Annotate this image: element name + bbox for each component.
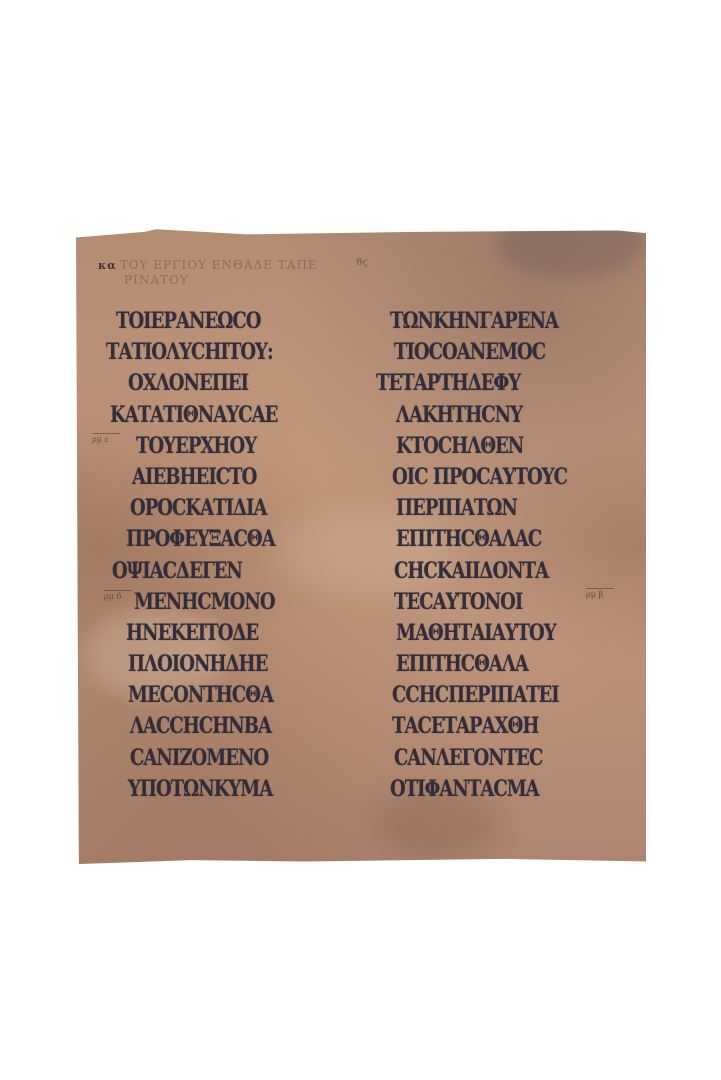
header-line-1: ΤΟΥ ΕΡΓΙΟΥ ΕΝΘΑΔΕ ΤΑΠΕ bbox=[120, 258, 318, 272]
text-line: ΤΟΥΕΡΧΗΟΥ bbox=[136, 431, 325, 462]
text-line: ΜΕCΟΝΤΗCΘΑ bbox=[128, 680, 323, 711]
text-line: ΟΤΙΦΑΝΤΑCΜΑ bbox=[390, 774, 592, 805]
text-line: ΗΝΕΚΕΙΤΟΔΕ bbox=[126, 618, 323, 649]
text-column-right: ΤΩΝΚΗΝΓΑΡΕΝΑ ΤΙΟCΟΑΝΕΜΟC ΤΕΤΑΡΤΗΔΕΦΥ ΛΑΚ… bbox=[366, 306, 636, 805]
text-line: ΤΕΤΑΡΤΗΔΕΦΥ bbox=[376, 368, 589, 399]
text-line: ΜΕΝΗCΜΟΝΟ bbox=[134, 587, 324, 618]
text-line: ΥΠΟΤΩΝΚΥΜΑ bbox=[128, 774, 323, 805]
text-line: ΟΡΟCΚΑΤΙΔΙΑ bbox=[130, 493, 324, 524]
manuscript-leaf: καΤΟΥ ΕΡΓΙΟΥ ΕΝΘΑΔΕ ΤΑΠΕ ΡΙΝΑΤΟΥ ϑϛ ρμ ε… bbox=[76, 228, 646, 864]
text-line: ΑΙΕΒΗΕΙCΤΟ bbox=[132, 462, 324, 493]
header-running-title: καΤΟΥ ΕΡΓΙΟΥ ΕΝΘΑΔΕ ΤΑΠΕ bbox=[98, 258, 318, 272]
text-line: ΠΛΟΙΟΝΗΔΗΕ bbox=[128, 649, 323, 680]
text-line: ΟΙC ΠΡΟCΑΥΤΟΥC bbox=[392, 462, 592, 493]
text-line: ΕΠΙΤΗCΘΑΛΑC bbox=[396, 524, 593, 555]
text-line: ΟΧΛΟΝΕΠΕΙ bbox=[128, 368, 323, 399]
text-line: ΠΡΟΦΕΥΞΑCΘΑ bbox=[126, 524, 323, 555]
text-line: ΛΑCCΗCΗΝΒΑ bbox=[130, 711, 324, 742]
header-mark: ϑϛ bbox=[356, 258, 367, 268]
text-line: ΚΑΤΑΤΙΘΝΑΥCΑΕ bbox=[110, 400, 320, 431]
text-line: CΗCΚΑΙΙΔΟΝΤΑ bbox=[394, 556, 592, 587]
text-line: ΤΑΤΙΟΛΥCΗΙΤΟΥ: bbox=[106, 337, 319, 368]
text-column-left: ΤΟΙΕΡΑΝΕΩCΟ ΤΑΤΙΟΛΥCΗΙΤΟΥ: ΟΧΛΟΝΕΠΕΙ ΚΑΤ… bbox=[116, 306, 366, 805]
text-line: ΤΑCΕΤΑΡΑΧΘΗ bbox=[392, 711, 592, 742]
text-line: CΑΝΛΕΓΟΝΤΕC bbox=[394, 743, 592, 774]
text-line: ΤΕCΑΥΤΟΝΟΙ bbox=[394, 587, 592, 618]
text-line: ΤΩΝΚΗΝΓΑΡΕΝΑ bbox=[390, 306, 592, 337]
text-line: ΚΤΟCΗΛΘΕΝ bbox=[396, 431, 593, 462]
text-line: ΟΨΙΑCΔΕΓΕΝ bbox=[112, 556, 320, 587]
text-line: ΠΕΡΙΠΑΤΩΝ bbox=[396, 493, 593, 524]
text-line: CΑΝΙΖΟΜΕΝΟ bbox=[130, 743, 324, 774]
text-line: ΛΑΚΗΤΗCΝΥ bbox=[396, 400, 593, 431]
text-line: ΕΠΙΤΗCΘΑΛΑ bbox=[396, 649, 593, 680]
text-line: ΤΙΟCΟΑΝΕΜΟC bbox=[394, 337, 592, 368]
text-line: ΜΑΘΗΤΑΙΑΥΤΟΥ bbox=[396, 618, 593, 649]
text-line: CCΗCΠΕΡΙΠΑΤΕΙ bbox=[392, 680, 592, 711]
header-initial: κα bbox=[98, 259, 117, 272]
text-line: ΤΟΙΕΡΑΝΕΩCΟ bbox=[116, 306, 321, 337]
header-line-2: ΡΙΝΑΤΟΥ bbox=[124, 273, 189, 287]
